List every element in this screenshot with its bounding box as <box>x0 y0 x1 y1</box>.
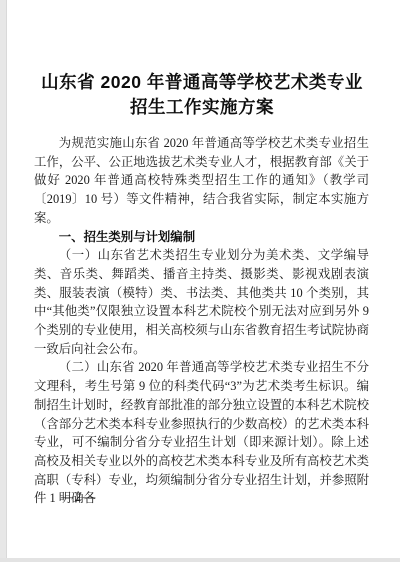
document-title-line2: 招生工作实施方案 <box>32 95 372 120</box>
intro-paragraph: 为规范实施山东省 2020 年普通高等学校艺术类专业招生工作，公平、公正地选拔艺… <box>34 134 369 228</box>
item-1-paragraph: （一）山东省艺术类招生专业划分为美术类、文学编导类、音乐类、舞蹈类、播音主持类、… <box>34 246 369 358</box>
section-1-heading: 一、招生类别与计划编制 <box>34 228 369 247</box>
document-body: 为规范实施山东省 2020 年普通高等学校艺术类专业招生工作，公平、公正地选拔艺… <box>34 134 369 508</box>
page-number: —2— <box>61 489 97 505</box>
scan-edge-bottom <box>0 558 400 562</box>
document-title: 山东省 2020 年普通高等学校艺术类专业 招生工作实施方案 <box>32 70 372 120</box>
scan-edge-left <box>0 0 7 562</box>
item-2-paragraph: （二）山东省 2020 年普通高等学校艺术类专业招生不分文理科，考生号第 9 位… <box>34 358 369 508</box>
document-title-line1: 山东省 2020 年普通高等学校艺术类专业 <box>32 70 372 95</box>
document-page: 山东省 2020 年普通高等学校艺术类专业 招生工作实施方案 为规范实施山东省 … <box>0 0 400 562</box>
